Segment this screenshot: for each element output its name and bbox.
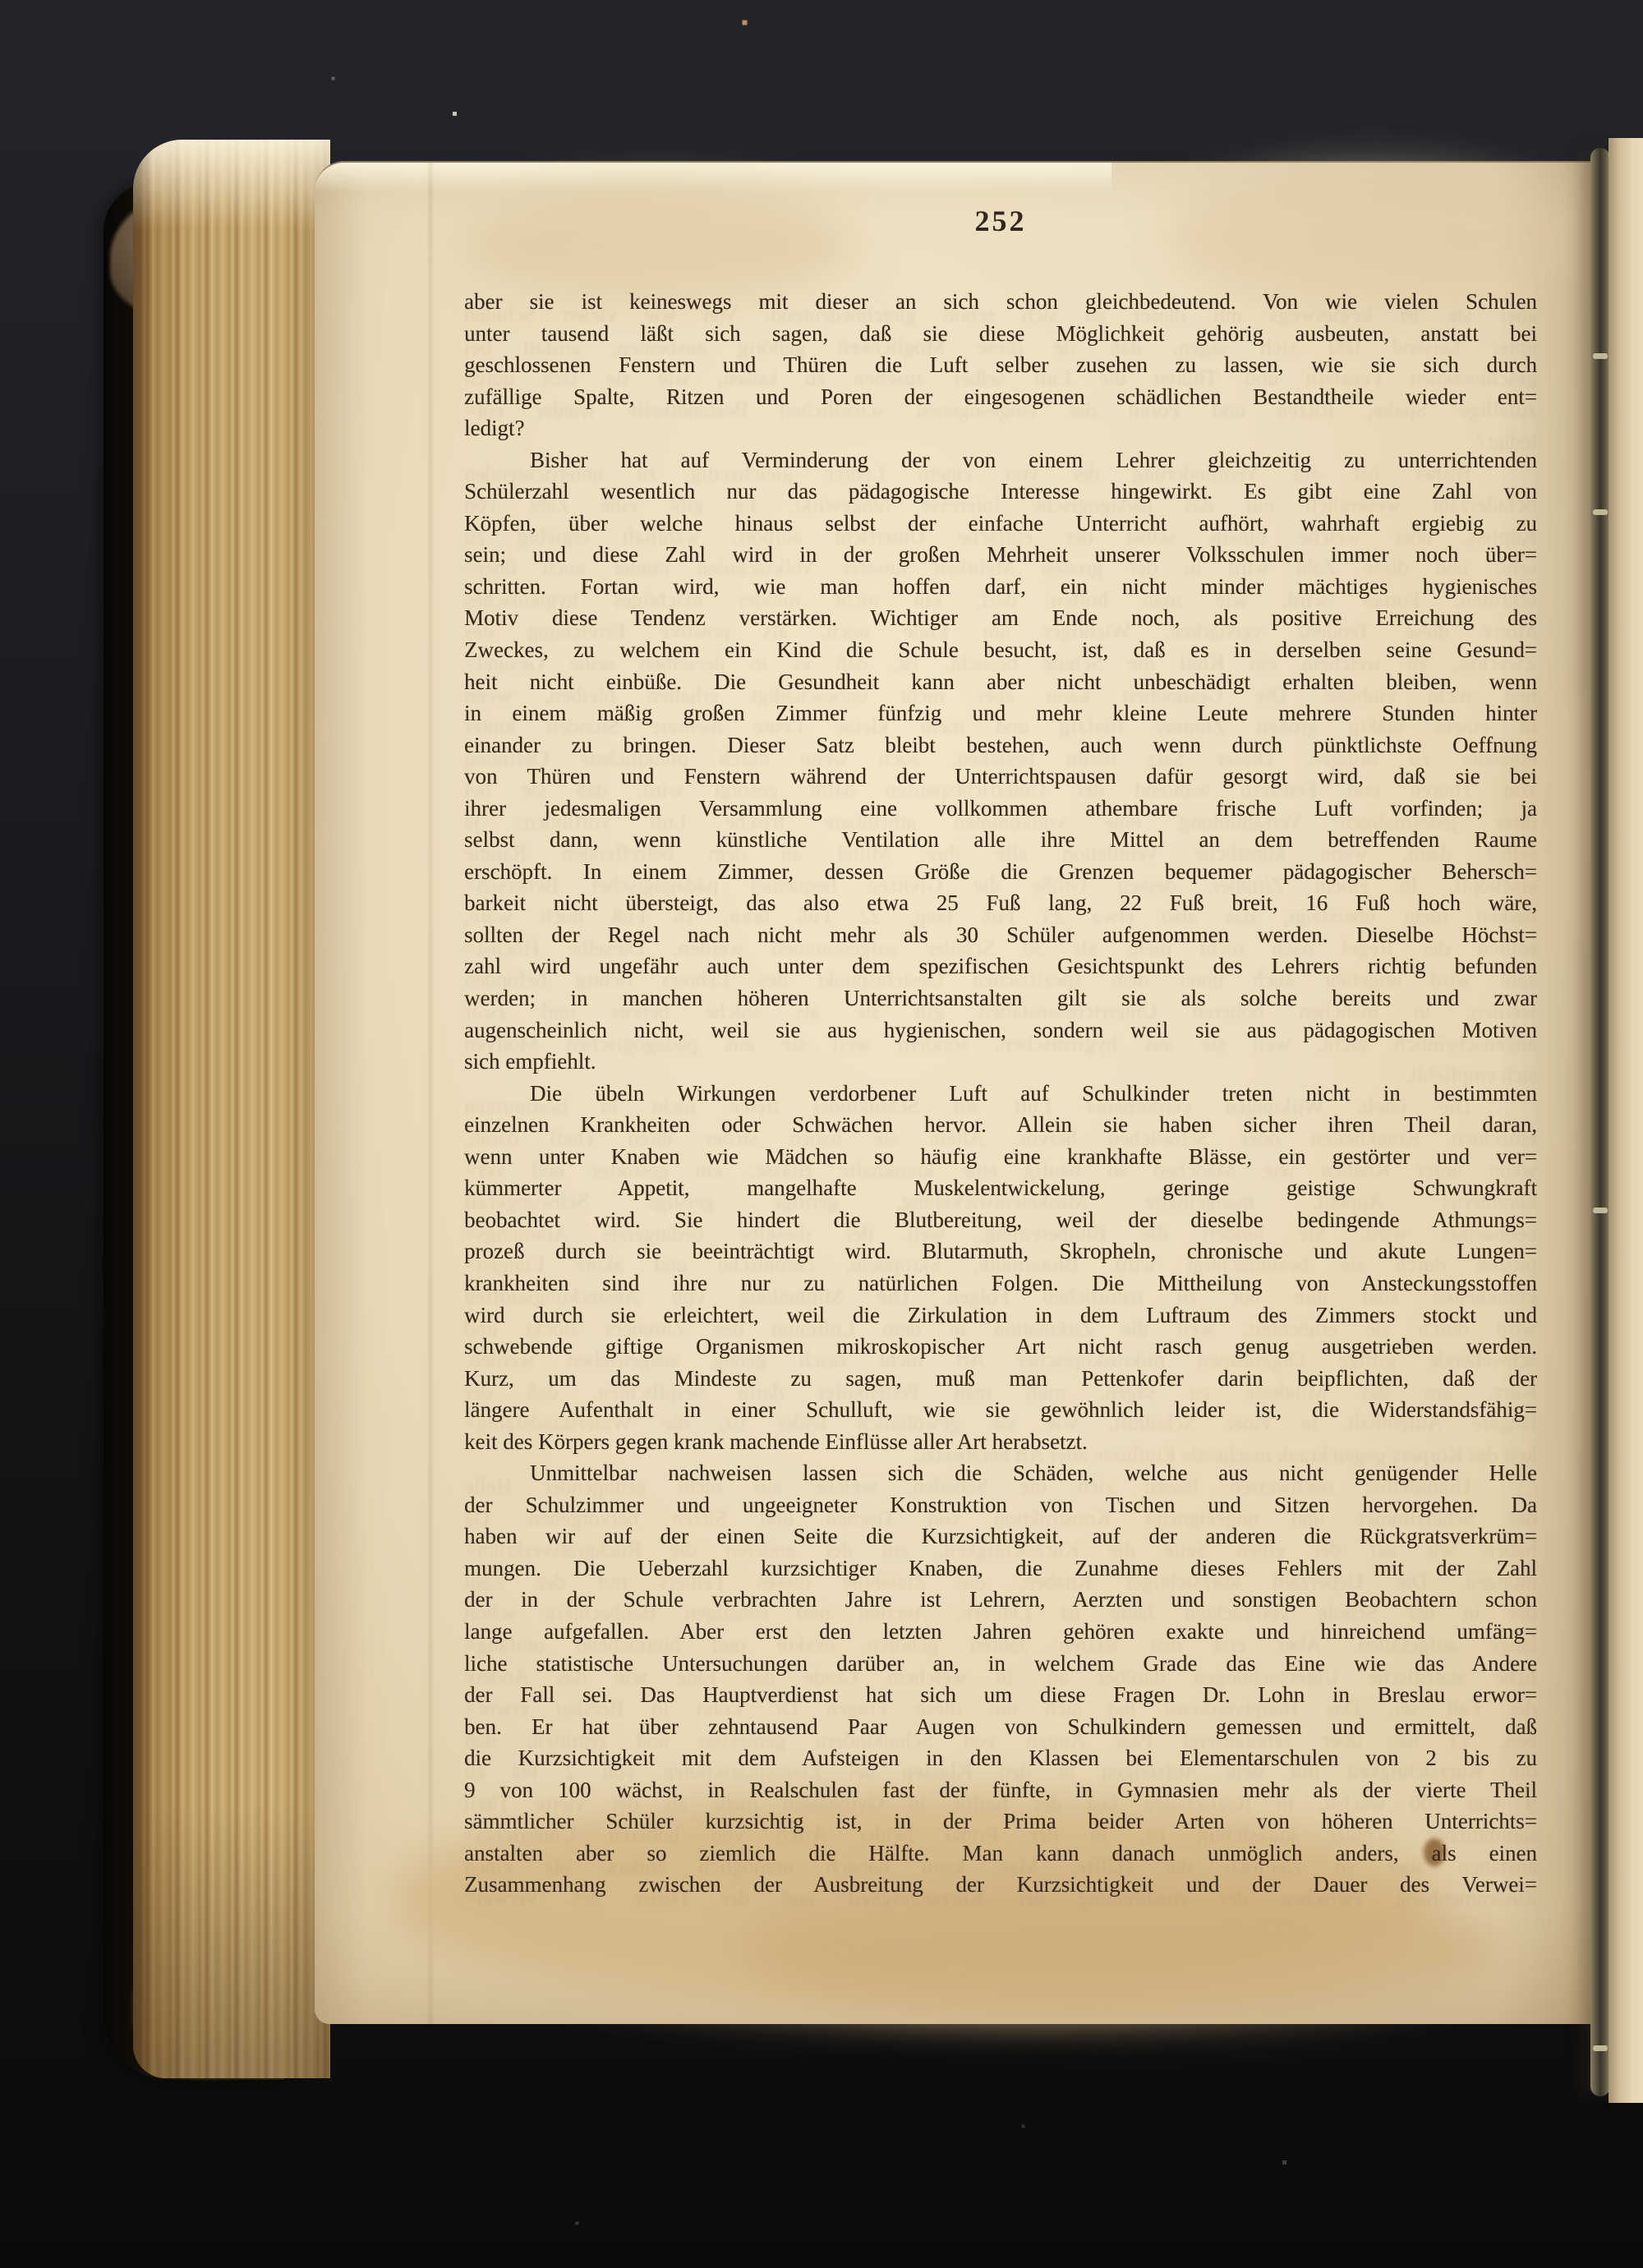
text-line: anstalten aber so ziemlich die Hälfte. M…	[464, 1838, 1537, 1870]
binding-stitch	[1593, 2045, 1608, 2051]
text-line: einander zu bringen. Dieser Satz bleibt …	[464, 729, 1537, 761]
page-number: 252	[464, 204, 1537, 238]
text-line: Schülerzahl wesentlich nur das pädagogis…	[464, 476, 1537, 508]
text-line: kümmerter Appetit, mangelhafte Muskelent…	[464, 1172, 1537, 1204]
text-line: der Schulzimmer und ungeeigneter Konstru…	[464, 1489, 1537, 1521]
text-line: der Fall sei. Das Hauptverdienst hat sic…	[464, 1679, 1537, 1711]
text-line: werden; in manchen höheren Unterrichtsan…	[464, 982, 1537, 1014]
text-line: von Thüren und Fenstern während der Unte…	[464, 761, 1537, 793]
text-line: die Kurzsichtigkeit mit dem Aufsteigen i…	[464, 1742, 1537, 1774]
text-line: selbst dann, wenn künstliche Ventilation…	[464, 824, 1537, 856]
text-line: mungen. Die Ueberzahl kurzsichtiger Knab…	[464, 1553, 1537, 1585]
binding-stitch	[1593, 1208, 1608, 1213]
text-line: beobachtet wird. Sie hindert die Blutber…	[464, 1204, 1537, 1236]
dust-speckles	[0, 0, 1, 1]
text-line: wenn unter Knaben wie Mädchen so häufig …	[464, 1141, 1537, 1173]
binding-stitch	[1593, 509, 1608, 515]
text-line: prozeß durch sie beeinträchtigt wird. Bl…	[464, 1235, 1537, 1267]
text-line: heit nicht einbüße. Die Gesundheit kann …	[464, 666, 1537, 698]
text-line: Motiv diese Tendenz verstärken. Wichtige…	[464, 602, 1537, 634]
facing-page-sliver	[1608, 138, 1643, 2103]
text-line: erschöpft. In einem Zimmer, dessen Größe…	[464, 856, 1537, 888]
text-line: zahl wird ungefähr auch unter dem spezif…	[464, 950, 1537, 982]
text-line: sämmtlicher Schüler kurzsichtig ist, in …	[464, 1806, 1537, 1838]
page-text: aber sie ist keineswegs mit dieser an si…	[464, 286, 1537, 1901]
text-line: krankheiten sind ihre nur zu natürlichen…	[464, 1267, 1537, 1300]
text-line: sich empfiehlt.	[464, 1046, 1537, 1078]
text-line: liche statistische Untersuchungen darübe…	[464, 1648, 1537, 1680]
text-line: sein; und diese Zahl wird in der großen …	[464, 539, 1537, 571]
text-line: Zweckes, zu welchem ein Kind die Schule …	[464, 634, 1537, 666]
text-line: augenscheinlich nicht, weil sie aus hygi…	[464, 1014, 1537, 1047]
text-line: Bisher hat auf Verminderung der von eine…	[464, 444, 1537, 476]
text-line: ihrer jedesmaligen Versammlung eine voll…	[464, 793, 1537, 825]
text-line: keit des Körpers gegen krank machende Ei…	[464, 1426, 1537, 1458]
text-line: Unmittelbar nachweisen lassen sich die S…	[464, 1457, 1537, 1489]
text-line: ledigt?	[464, 412, 1537, 444]
text-line: geschlossenen Fenstern und Thüren die Lu…	[464, 349, 1537, 381]
binding-gutter	[1590, 148, 1610, 2096]
text-line: Kurz, um das Mindeste zu sagen, muß man …	[464, 1363, 1537, 1395]
text-line: ben. Er hat über zehntausend Paar Augen …	[464, 1711, 1537, 1743]
text-line: längere Aufenthalt in einer Schulluft, w…	[464, 1394, 1537, 1426]
text-line: aber sie ist keineswegs mit dieser an si…	[464, 286, 1537, 318]
text-line: einzelnen Krankheiten oder Schwächen her…	[464, 1109, 1537, 1141]
text-line: Die übeln Wirkungen verdorbener Luft auf…	[464, 1078, 1537, 1110]
page-crease	[426, 163, 435, 2024]
text-line: zufällige Spalte, Ritzen und Poren der e…	[464, 381, 1537, 413]
text-line: sollten der Regel nach nicht mehr als 30…	[464, 919, 1537, 951]
text-line: lange aufgefallen. Aber erst den letzten…	[464, 1616, 1537, 1648]
text-line: haben wir auf der einen Seite die Kurzsi…	[464, 1520, 1537, 1553]
page-edges-stack	[133, 140, 330, 2078]
book-page: 252 aber sie ist keineswegs mit dieser a…	[315, 161, 1600, 2024]
text-line: 9 von 100 wächst, in Realschulen fast de…	[464, 1774, 1537, 1806]
text-line: Zusammenhang zwischen der Ausbreitung de…	[464, 1869, 1537, 1901]
text-line: der in der Schule verbrachten Jahre ist …	[464, 1584, 1537, 1616]
text-line: schwebende giftige Organismen mikroskopi…	[464, 1331, 1537, 1363]
binding-stitch	[1593, 353, 1608, 359]
text-line: Köpfen, über welche hinaus selbst der ei…	[464, 508, 1537, 540]
text-line: unter tausend läßt sich sagen, daß sie d…	[464, 318, 1537, 350]
text-line: barkeit nicht übersteigt, das also etwa …	[464, 887, 1537, 919]
text-line: wird durch sie erleichtert, weil die Zir…	[464, 1300, 1537, 1332]
text-line: in einem mäßig großen Zimmer fünfzig und…	[464, 697, 1537, 729]
photo-background: 252 aber sie ist keineswegs mit dieser a…	[0, 0, 1643, 2268]
text-line: schritten. Fortan wird, wie man hoffen d…	[464, 571, 1537, 603]
